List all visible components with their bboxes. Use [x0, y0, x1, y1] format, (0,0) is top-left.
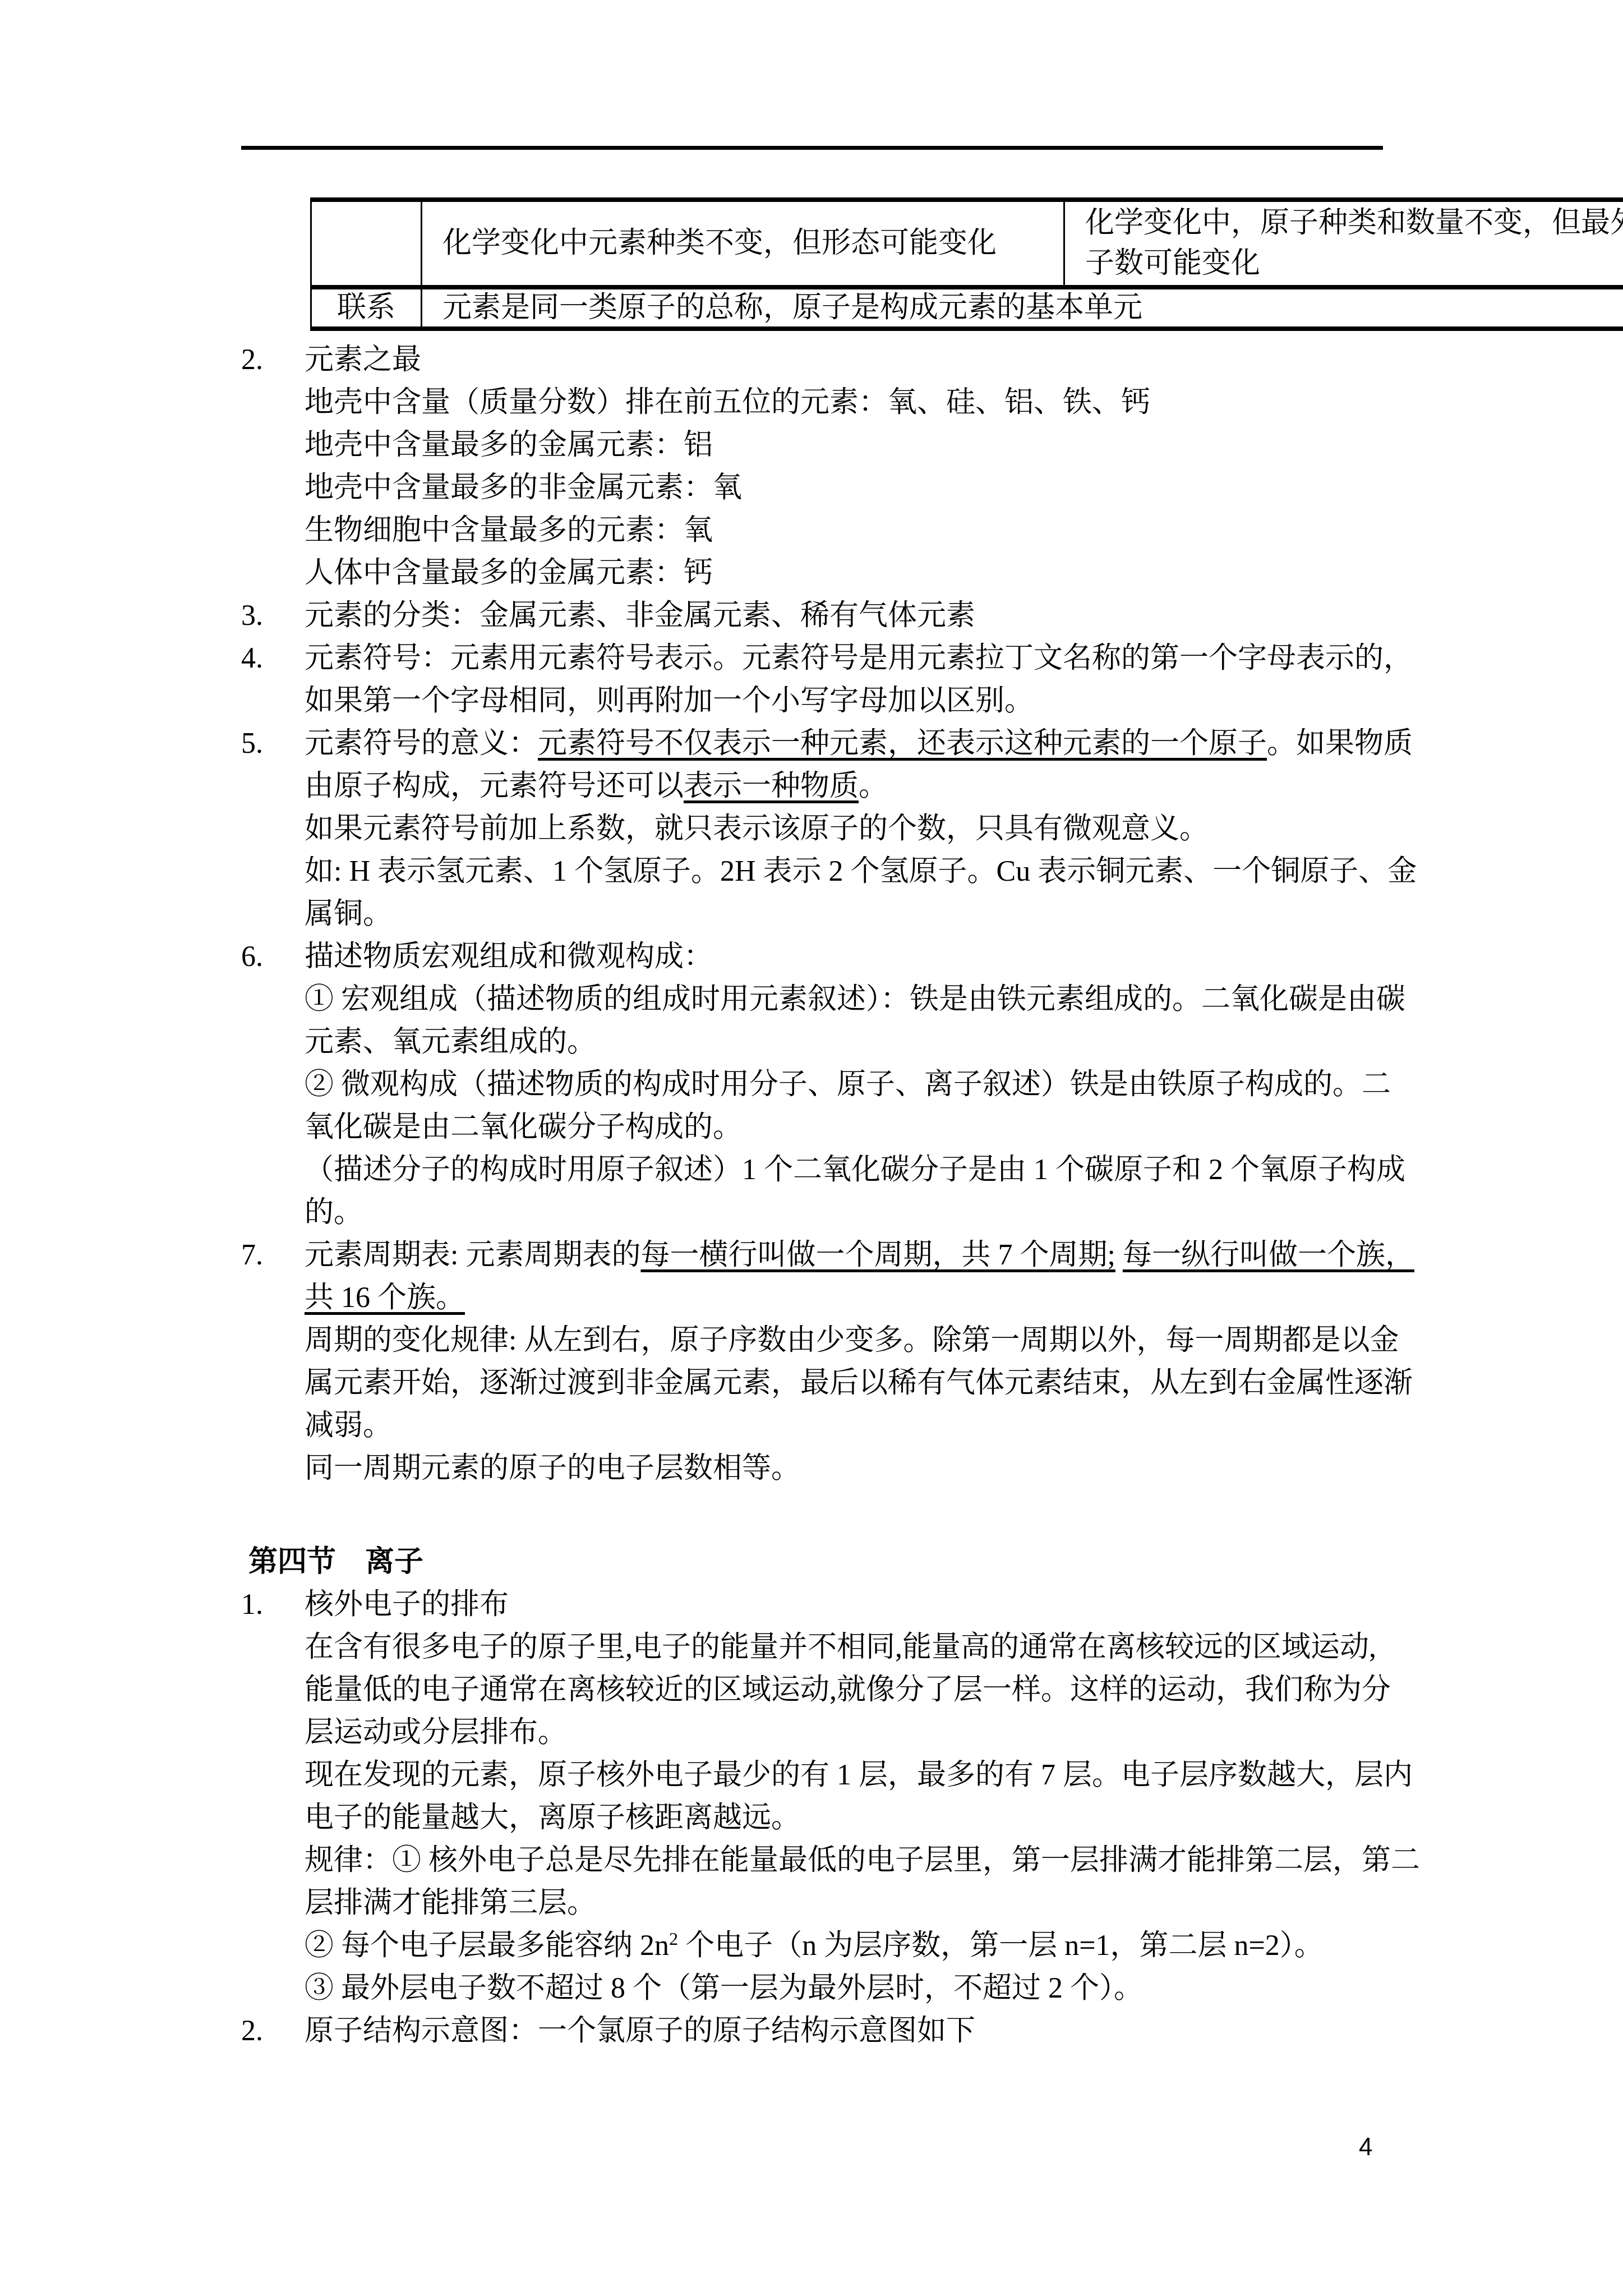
- line-text: 生物细胞中含量最多的元素：氧: [305, 514, 713, 546]
- text-line: 2.原子结构示意图：一个氯原子的原子结构示意图如下: [305, 2010, 1398, 2053]
- text-line: 7.元素周期表: 元素周期表的每一横行叫做一个周期，共 7 个周期; 每一纵行叫…: [305, 1234, 1398, 1277]
- list-number: 2.: [241, 339, 263, 381]
- line-text: 的。: [305, 1197, 363, 1228]
- page-number: 4: [1359, 2135, 1372, 2160]
- line-text: 元素符号的意义：: [305, 728, 538, 760]
- line-text: 元素周期表: 元素周期表的: [305, 1239, 640, 1271]
- text-line: ③ 最外层电子数不超过 8 个（第一层为最外层时，不超过 2 个）。: [305, 1967, 1398, 2010]
- line-text: 元素之最: [305, 344, 421, 376]
- line-text: 人体中含量最多的金属元素：钙: [305, 557, 713, 589]
- cell-text-line: 化学变化中，原子种类和数量不变，但最外层: [1085, 203, 1623, 243]
- cell-text: 化学变化中元素种类不变，但形态可能变化: [442, 229, 997, 258]
- line-text: 如果元素符号前加上系数，就只表示该原子的个数，只具有微观意义。: [305, 813, 1209, 845]
- text-line: 周期的变化规律: 从左到右，原子序数由少变多。除第一周期以外，每一周期都是以金: [305, 1319, 1398, 1362]
- list-number: 6.: [241, 936, 263, 978]
- text-line: （描述分子的构成时用原子叙述）1 个二氧化碳分子是由 1 个碳原子和 2 个氧原…: [305, 1149, 1398, 1191]
- text-line: 1.核外电子的排布: [305, 1584, 1398, 1626]
- line-text: [1115, 1239, 1123, 1271]
- text-line: 在含有很多电子的原子里,电子的能量并不相同,能量高的通常在离核较远的区域运动,: [305, 1626, 1398, 1669]
- line-text: 周期的变化规律: 从左到右，原子序数由少变多。除第一周期以外，每一周期都是以金: [305, 1324, 1399, 1356]
- underlined-text: 每一横行叫做一个周期，共 7 个周期;: [640, 1239, 1115, 1271]
- line-text: 电子的能量越大，离原子核距离越远。: [305, 1802, 800, 1834]
- text-line: 6.描述物质宏观组成和微观构成：: [305, 936, 1398, 978]
- text-line: 2.元素之最: [305, 339, 1398, 381]
- text-line: 同一周期元素的原子的电子层数相等。: [305, 1447, 1398, 1490]
- underlined-text: 每一纵行叫做一个族，: [1123, 1239, 1414, 1271]
- text-line: 5.元素符号的意义：元素符号不仅表示一种元素，还表示这种元素的一个原子。如果物质: [305, 723, 1398, 765]
- line-text: 在含有很多电子的原子里,电子的能量并不相同,能量高的通常在离核较远的区域运动,: [305, 1631, 1376, 1663]
- cell-text: 元素是同一类原子的总称，原子是构成元素的基本单元: [442, 293, 1142, 323]
- line-text: ③ 最外层电子数不超过 8 个（第一层为最外层时，不超过 2 个）。: [305, 1972, 1143, 2004]
- line-text: 规律：① 核外电子总是尽先排在能量最低的电子层里，第一层排满才能排第二层，第二: [305, 1844, 1420, 1876]
- list-number: 1.: [241, 1584, 263, 1626]
- line-text: 描述物质宏观组成和微观构成：: [305, 941, 713, 973]
- underlined-text: 元素符号不仅表示一种元素，还表示这种元素的一个原子: [538, 728, 1267, 760]
- text-line: 层排满才能排第三层。: [305, 1882, 1398, 1925]
- cell-text: 联系: [337, 293, 395, 323]
- list-number: 5.: [241, 723, 263, 765]
- text-line: 规律：① 核外电子总是尽先排在能量最低的电子层里，第一层排满才能排第二层，第二: [305, 1839, 1398, 1882]
- line-text: 元素符号：元素用元素符号表示。元素符号是用元素拉丁文名称的第一个字母表示的，: [305, 642, 1413, 674]
- line-text: 氧化碳是由二氧化碳分子构成的。: [305, 1111, 742, 1143]
- line-text: ② 微观构成（描述物质的构成时用分子、原子、离子叙述）铁是由铁原子构成的。二: [305, 1069, 1391, 1101]
- text-line: 属元素开始，逐渐过渡到非金属元素，最后以稀有气体元素结束，从左到右金属性逐渐: [305, 1362, 1398, 1405]
- table-cell-element-change: 化学变化中元素种类不变，但形态可能变化: [422, 202, 1065, 285]
- text-line: 现在发现的元素，原子核外电子最少的有 1 层，最多的有 7 层。电子层序数越大，…: [305, 1754, 1398, 1797]
- line-text: 地壳中含量最多的非金属元素：氧: [305, 472, 742, 504]
- list-number: 2.: [241, 2010, 263, 2053]
- table-cell-atom-change: 化学变化中，原子种类和数量不变，但最外层 子数可能变化: [1065, 202, 1623, 285]
- text-line: 能量低的电子通常在离核较近的区域运动,就像分了层一样。这样的运动，我们称为分: [305, 1669, 1398, 1711]
- line-text: （描述分子的构成时用原子叙述）1 个二氧化碳分子是由 1 个碳原子和 2 个氧原…: [305, 1154, 1405, 1186]
- table-row: 联系 元素是同一类原子的总称，原子是构成元素的基本单元: [312, 289, 1623, 326]
- text-line: 如果元素符号前加上系数，就只表示该原子的个数，只具有微观意义。: [305, 808, 1398, 850]
- list-number: 7.: [241, 1234, 263, 1277]
- text-line: 电子的能量越大，离原子核距离越远。: [305, 1797, 1398, 1839]
- text-line: 如果第一个字母相同，则再附加一个小写字母加以区别。: [305, 680, 1398, 723]
- line-text: 层运动或分层排布。: [305, 1717, 567, 1749]
- text-line: 3.元素的分类：金属元素、非金属元素、稀有气体元素: [305, 595, 1398, 637]
- line-text: 层排满才能排第三层。: [305, 1887, 596, 1919]
- text-line: 4.元素符号：元素用元素符号表示。元素符号是用元素拉丁文名称的第一个字母表示的，: [305, 637, 1398, 680]
- table-cell-relation-text: 元素是同一类原子的总称，原子是构成元素的基本单元: [422, 289, 1623, 326]
- header-rule: [241, 146, 1383, 150]
- line-text: 元素的分类：金属元素、非金属元素、稀有气体元素: [305, 600, 975, 632]
- line-text: 由原子构成，元素符号还可以: [305, 770, 684, 802]
- text-line: ② 微观构成（描述物质的构成时用分子、原子、离子叙述）铁是由铁原子构成的。二: [305, 1064, 1398, 1106]
- line-text: ② 每个电子层最多能容纳 2n: [305, 1930, 669, 1962]
- line-text: 减弱。: [305, 1410, 392, 1442]
- text-line: 氧化碳是由二氧化碳分子构成的。: [305, 1106, 1398, 1149]
- text-line: ① 宏观组成（描述物质的组成时用元素叙述）：铁是由铁元素组成的。二氧化碳是由碳: [305, 978, 1398, 1021]
- line-text: 地壳中含量最多的金属元素：铝: [305, 429, 713, 461]
- line-text: 如果第一个字母相同，则再附加一个小写字母加以区别。: [305, 685, 1034, 717]
- body-text: 2.元素之最 地壳中含量（质量分数）排在前五位的元素：氧、硅、铝、铁、钙 地壳中…: [305, 339, 1398, 2053]
- superscript: 2: [669, 1929, 678, 1949]
- table-row: 化学变化中元素种类不变，但形态可能变化 化学变化中，原子种类和数量不变，但最外层…: [312, 202, 1623, 289]
- text-line: 共 16 个族。: [305, 1277, 1398, 1319]
- section-heading: 第四节 离子: [248, 1541, 1398, 1584]
- line-text: 同一周期元素的原子的电子层数相等。: [305, 1452, 800, 1484]
- text-line: 地壳中含量最多的非金属元素：氧: [305, 467, 1398, 509]
- line-text: 如: H 表示氢元素、1 个氢原子。2H 表示 2 个氢原子。Cu 表示铜元素、…: [305, 855, 1417, 887]
- text-line: 层运动或分层排布。: [305, 1711, 1398, 1754]
- text-line: ② 每个电子层最多能容纳 2n2 个电子（n 为层序数，第一层 n=1，第二层 …: [305, 1925, 1398, 1967]
- line-text: 。如果物质: [1267, 728, 1413, 760]
- line-text: 元素、氧元素组成的。: [305, 1026, 596, 1058]
- table-cell-empty: [312, 202, 422, 285]
- line-text: 现在发现的元素，原子核外电子最少的有 1 层，最多的有 7 层。电子层序数越大，…: [305, 1759, 1413, 1791]
- text-line: 生物细胞中含量最多的元素：氧: [305, 509, 1398, 552]
- element-atom-comparison-table: 化学变化中元素种类不变，但形态可能变化 化学变化中，原子种类和数量不变，但最外层…: [310, 197, 1623, 331]
- text-line: 地壳中含量（质量分数）排在前五位的元素：氧、硅、铝、铁、钙: [305, 381, 1398, 424]
- text-line: 人体中含量最多的金属元素：钙: [305, 552, 1398, 595]
- table-cell-relation-label: 联系: [312, 289, 422, 326]
- text-line: 由原子构成，元素符号还可以表示一种物质。: [305, 765, 1398, 808]
- text-line: 如: H 表示氢元素、1 个氢原子。2H 表示 2 个氢原子。Cu 表示铜元素、…: [305, 850, 1398, 893]
- line-text: 地壳中含量（质量分数）排在前五位的元素：氧、硅、铝、铁、钙: [305, 386, 1150, 418]
- document-page: 化学变化中元素种类不变，但形态可能变化 化学变化中，原子种类和数量不变，但最外层…: [0, 0, 1623, 2296]
- line-text: 属铜。: [305, 898, 392, 930]
- text-line: 属铜。: [305, 893, 1398, 936]
- list-number: 3.: [241, 595, 263, 637]
- underlined-text: 表示一种物质: [684, 770, 859, 802]
- line-text: 核外电子的排布: [305, 1589, 509, 1621]
- line-text: 能量低的电子通常在离核较近的区域运动,就像分了层一样。这样的运动，我们称为分: [305, 1674, 1391, 1706]
- underlined-text: 共 16 个族。: [305, 1282, 465, 1314]
- text-line: 地壳中含量最多的金属元素：铝: [305, 424, 1398, 467]
- text-line: 的。: [305, 1191, 1398, 1234]
- line-text: ① 宏观组成（描述物质的组成时用元素叙述）：铁是由铁元素组成的。二氧化碳是由碳: [305, 983, 1405, 1015]
- cell-text-line: 子数可能变化: [1085, 243, 1623, 284]
- text-line: 元素、氧元素组成的。: [305, 1021, 1398, 1064]
- line-text: 个电子（n 为层序数，第一层 n=1，第二层 n=2）。: [678, 1930, 1324, 1962]
- line-text: 原子结构示意图：一个氯原子的原子结构示意图如下: [305, 2015, 975, 2047]
- line-text: 。: [859, 770, 888, 802]
- text-line: 减弱。: [305, 1405, 1398, 1447]
- list-number: 4.: [241, 637, 263, 680]
- line-text: 属元素开始，逐渐过渡到非金属元素，最后以稀有气体元素结束，从左到右金属性逐渐: [305, 1367, 1413, 1399]
